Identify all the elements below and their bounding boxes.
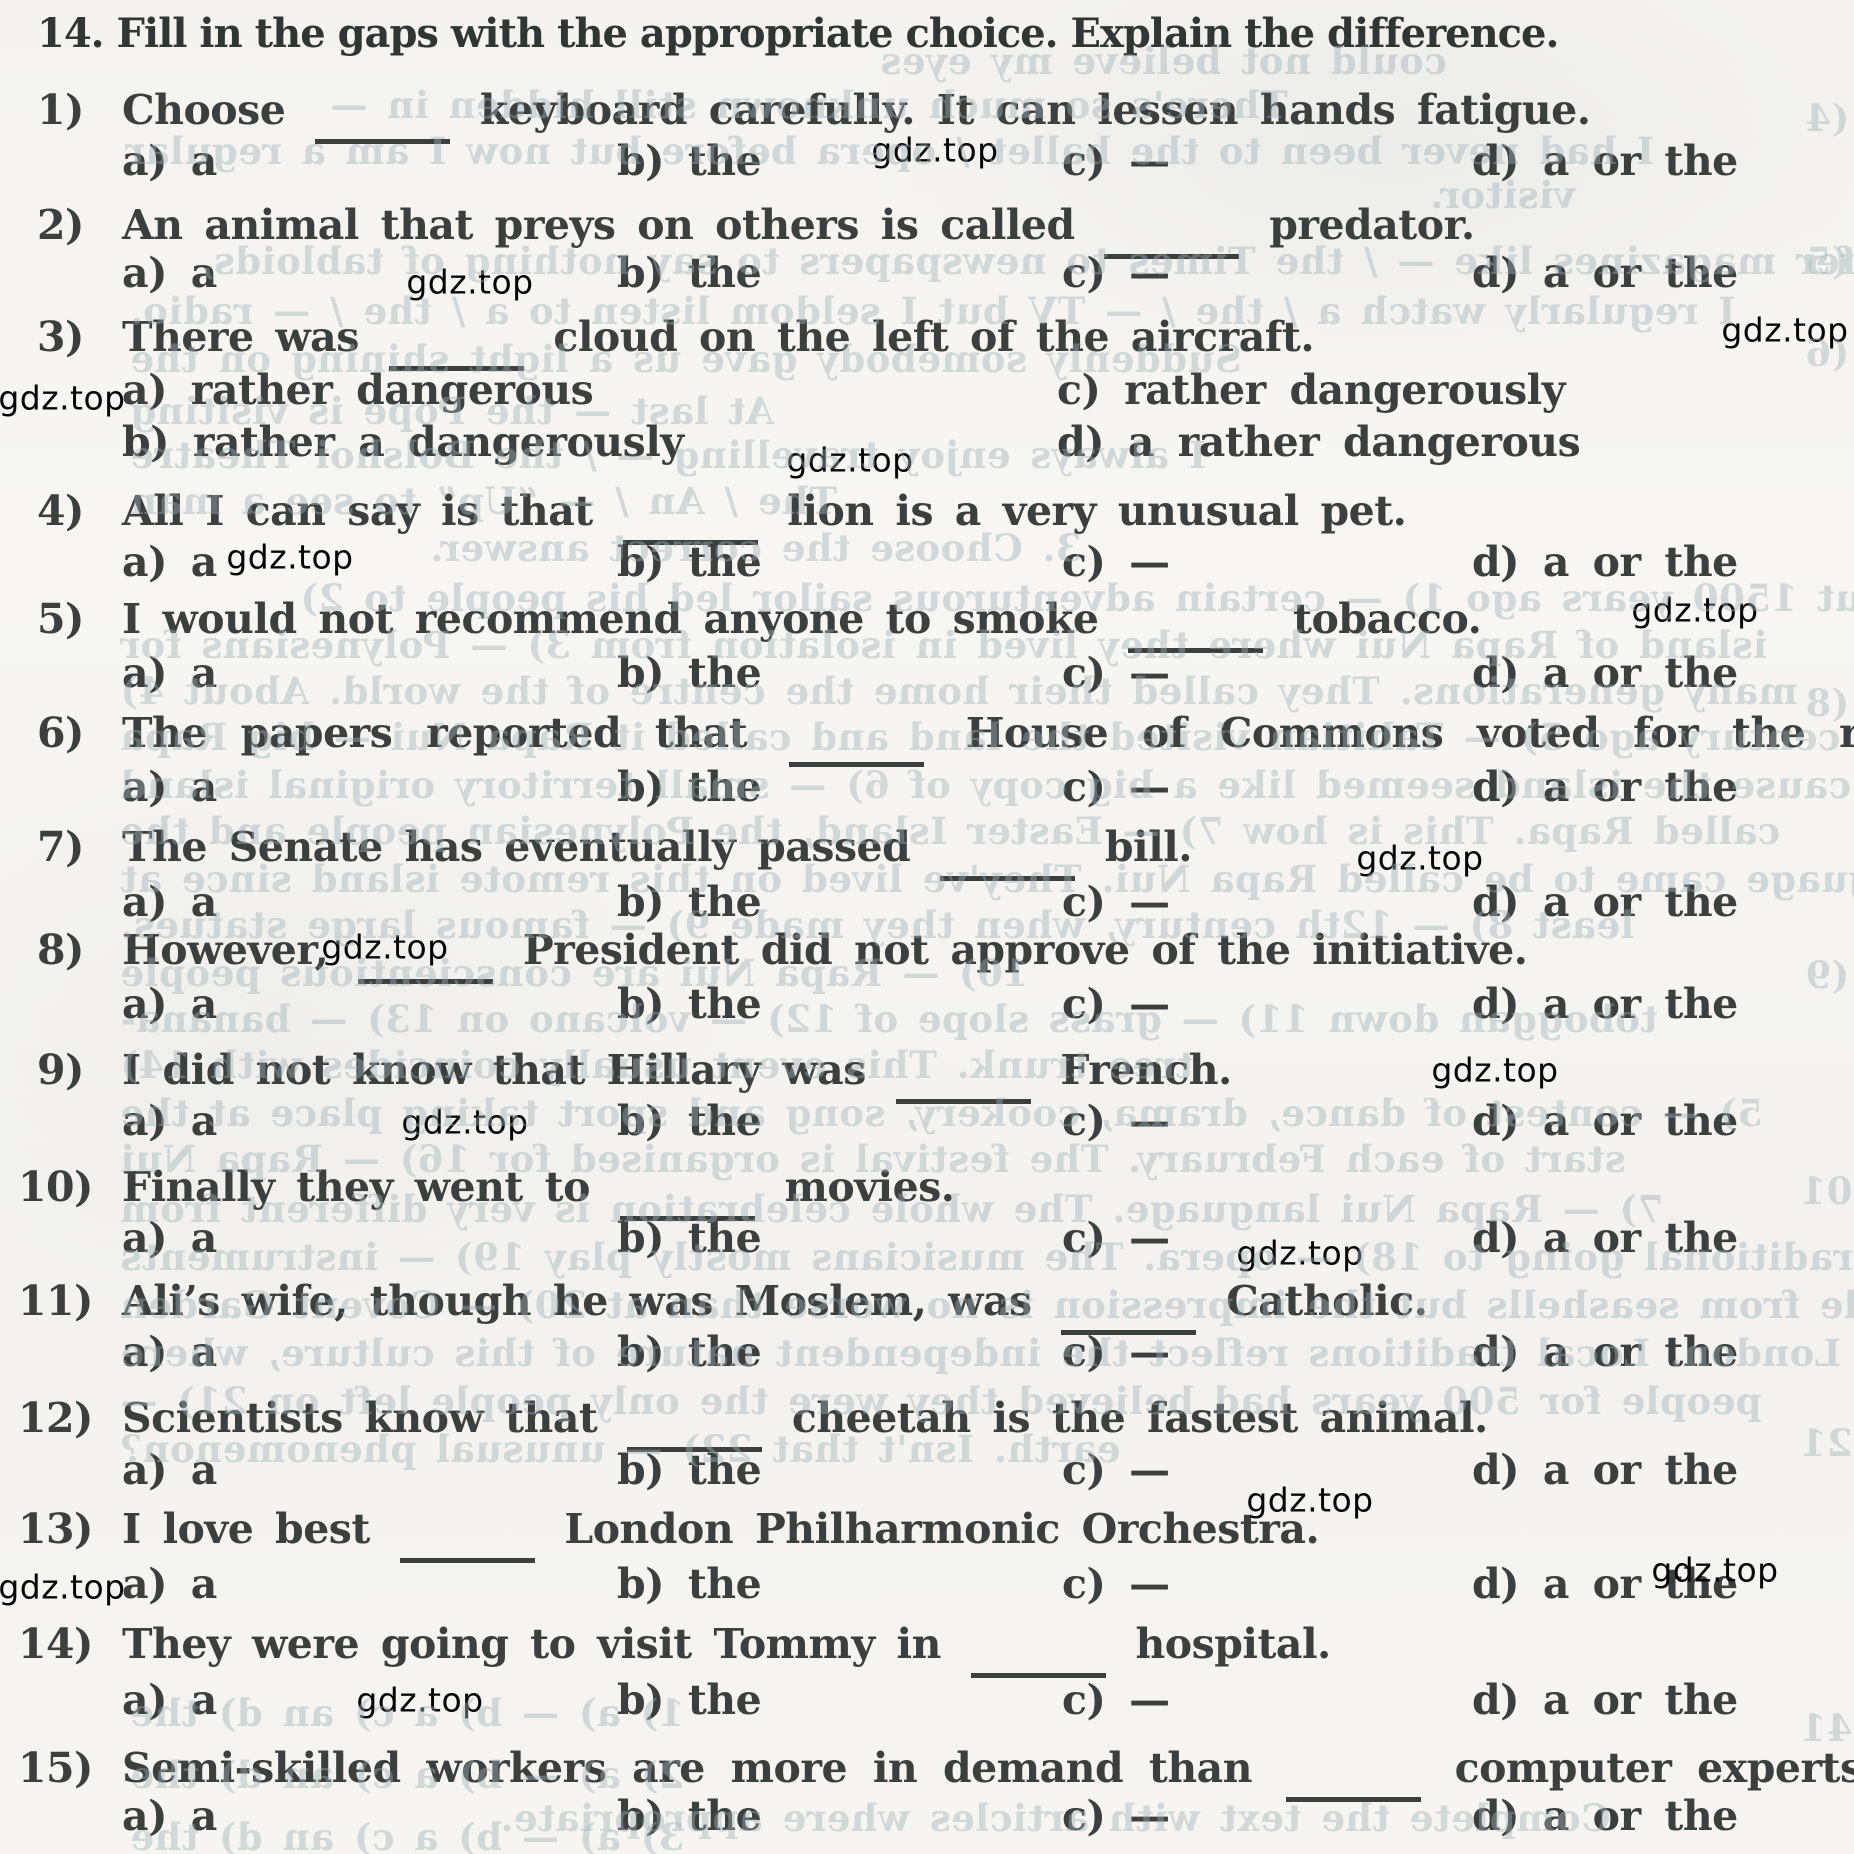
question-13-option-b: b) the <box>617 1555 761 1613</box>
bleedthrough-text: (9 <box>1805 952 1849 998</box>
bleedthrough-text: At last — the Pope is visiting <box>130 388 774 434</box>
bleedthrough-text: I always enjoy travelling — / the Bolsho… <box>130 432 1206 478</box>
question-13-number: 13) <box>18 1498 93 1560</box>
bleedthrough-text: Suddenly somebody gave us a light shinin… <box>130 336 1242 382</box>
bleedthrough-text: 1) a) — b) a c) an d) the <box>130 1690 684 1736</box>
question-7-number: 7) <box>37 816 84 878</box>
gdz-top-watermark: gdz.top <box>1431 1051 1558 1090</box>
bleedthrough-text: century ago 5) — Tahitian visited the la… <box>120 714 1841 760</box>
question-2-number: 2) <box>37 194 84 256</box>
scanned-page: 14. Fill in the gaps with the appropriat… <box>0 0 1854 1854</box>
question-5-number: 5) <box>37 588 84 650</box>
question-14-statement: 14)They were going to visit Tommy in hos… <box>0 1613 1854 1678</box>
question-13-statement: 13)I love best London Philharmonic Orche… <box>0 1498 1854 1563</box>
bleedthrough-text: About 1500 years ago 1) — certain advent… <box>300 575 1854 621</box>
bleedthrough-text: I had never been to the ballet / opera b… <box>125 128 1654 174</box>
bleedthrough-text: could not believe my eyes <box>880 38 1447 84</box>
question-13-text: I love best London Philharmonic Orchestr… <box>122 1498 1854 1563</box>
bleedthrough-text: I prefer magazines like — / the Times to… <box>200 238 1854 284</box>
question-12-option-d: d) a or the <box>1472 1441 1738 1499</box>
question-14-option-c: c) — <box>1062 1671 1170 1729</box>
bleedthrough-text: I regularly watch a / the / — TV but I s… <box>130 288 1735 334</box>
gdz-top-watermark: gdz.top <box>0 379 126 418</box>
bleedthrough-text: toboggan down 11) — grass slope of 12) —… <box>120 996 1658 1042</box>
gdz-top-watermark: gdz.top <box>1246 1481 1373 1520</box>
question-13-answer-blank <box>400 1546 535 1563</box>
question-4-number: 4) <box>37 480 84 542</box>
bleedthrough-text: (6 <box>1805 330 1849 376</box>
bleedthrough-text: language came to be called Rapa Nui. The… <box>120 856 1854 902</box>
bleedthrough-text: 5) — contest of dance, drama, cookery, s… <box>120 1090 1763 1136</box>
bleedthrough-text: tree trunk. This event usually coincides… <box>120 1042 1193 1088</box>
bleedthrough-text: 2) a) — b) a c) an d) the <box>130 1752 684 1798</box>
question-13-option-a: a) a <box>122 1555 217 1613</box>
bleedthrough-text: in London. Local traditions reflect the … <box>120 1330 1854 1376</box>
gdz-top-watermark: gdz.top <box>0 1568 126 1607</box>
bleedthrough-text: earth. Isn't that 22) — unusual phenomen… <box>120 1426 1120 1472</box>
bleedthrough-text: made from seashells but the impression i… <box>120 1282 1854 1328</box>
bleedthrough-text: (4 <box>1805 95 1849 141</box>
question-6-number: 6) <box>37 702 84 764</box>
question-14-option-d: d) a or the <box>1472 1671 1738 1729</box>
bleedthrough-text: There's so much unknown still hidden in … <box>330 82 1288 128</box>
bleedthrough-text: people for 500 years had believed they w… <box>120 1378 1762 1424</box>
question-4-option-a: a) a <box>122 533 217 591</box>
question-10-number: 10) <box>18 1156 93 1218</box>
bleedthrough-text: (01 <box>1800 1168 1854 1214</box>
question-1-number: 1) <box>37 79 84 141</box>
bleedthrough-text: 3) a) — b) a c) an d) the <box>130 1814 684 1854</box>
bleedthrough-text: The / An / — “Up” to see a man <box>130 478 837 524</box>
bleedthrough-text: 3. Choose the correct answer. <box>430 525 1082 571</box>
bleedthrough-text: start of each February. The festival is … <box>120 1136 1626 1182</box>
question-12-number: 12) <box>18 1387 93 1449</box>
gdz-top-watermark: gdz.top <box>226 538 353 577</box>
bleedthrough-text: 10) — Rapa Nui are conscientious people <box>120 950 1029 996</box>
question-9-number: 9) <box>37 1039 84 1101</box>
bleedthrough-text: (41 <box>1800 1705 1854 1751</box>
question-15-number: 15) <box>18 1737 93 1799</box>
gdz-top-watermark: gdz.top <box>1651 1551 1778 1590</box>
question-3-number: 3) <box>37 306 84 368</box>
bleedthrough-text: called Rapa. This is how 7) — Easter Isl… <box>120 808 1780 854</box>
question-14-number: 14) <box>18 1613 93 1675</box>
bleedthrough-text: (8 <box>1805 680 1849 726</box>
question-11-number: 11) <box>18 1270 93 1332</box>
bleedthrough-text: island of Rapa Nui where they lived in i… <box>120 622 1767 668</box>
bleedthrough-text: (21 <box>1800 1420 1854 1466</box>
bleedthrough-text: (5 <box>1805 238 1849 284</box>
bleedthrough-text: visitor. <box>1430 172 1575 218</box>
bleedthrough-text: many generations. They called their home… <box>120 668 1798 714</box>
question-8-number: 8) <box>37 919 84 981</box>
bleedthrough-text: 7) — Rapa Nui language. The whole celebr… <box>120 1186 1663 1232</box>
bleedthrough-text: least 8) — 12th century, when they made … <box>120 902 1635 948</box>
bleedthrough-text: traditional going to 18) — opera. The mu… <box>120 1234 1854 1280</box>
question-14-text: They were going to visit Tommy in hospit… <box>122 1613 1854 1678</box>
bleedthrough-text: because the island seemed like a big cop… <box>120 762 1854 808</box>
question-13-option-c: c) — <box>1062 1555 1170 1613</box>
